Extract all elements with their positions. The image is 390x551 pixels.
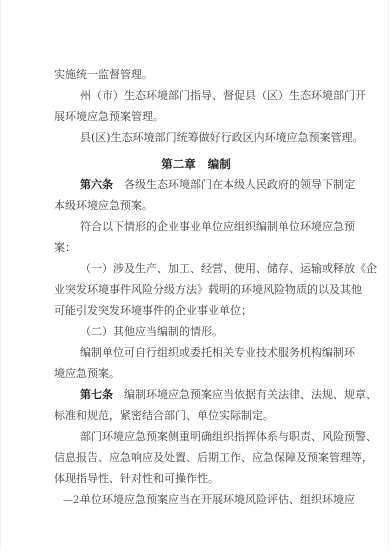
paragraph-line: 实施统一监督管理。 xyxy=(54,67,343,83)
paragraph-line: 展环境应急预案管理。 xyxy=(54,109,343,125)
paragraph-line: 单位环境应急预案应当在开展环境风险评估、组织环境应 xyxy=(80,492,343,508)
article-7-first-line: 第七条 编制环境应急预案应当依据有关法律、法规、规章、 xyxy=(80,387,343,403)
article-7-label: 第七条 xyxy=(80,388,113,401)
page-number: —2— xyxy=(63,494,89,508)
paragraph-line: 本级环境应急预案。 xyxy=(54,198,343,214)
chapter-number: 第二章 xyxy=(161,157,196,171)
article-6-first-line: 第六条 各级生态环境部门在本级人民政府的领导下制定 xyxy=(80,177,343,193)
paragraph-line: 体现指导性、针对性和可操作性。 xyxy=(54,471,343,487)
paragraph-line: 案： xyxy=(54,240,343,256)
document-page: 实施统一监督管理。 州（市）生态环境部门指导、督促县（区）生态环境部门开 展环境… xyxy=(0,0,389,550)
list-item-line: 可能引发突发环境事件的企业事业单位； xyxy=(54,303,343,319)
chapter-title: 编制 xyxy=(208,157,231,171)
paragraph-line: 标准和规范，紧密结合部门、单位实际制定。 xyxy=(54,408,343,424)
article-7-text: 编制环境应急预案应当依据有关法律、法规、规章、 xyxy=(124,388,377,401)
paragraph-line: 信息报告、应急响应及处置、后期工作、应急保障及预案管理等， xyxy=(54,450,343,466)
paragraph-line: 境应急预案。 xyxy=(54,366,343,382)
list-item-line: （二）其他应当编制的情形。 xyxy=(80,324,343,340)
list-item-line: 业突发环境事件风险分级方法》载明的环境风险物质的以及其他 xyxy=(54,282,343,298)
article-6-label: 第六条 xyxy=(80,178,113,191)
paragraph-line: 州（市）生态环境部门指导、督促县（区）生态环境部门开 xyxy=(80,88,343,104)
paragraph-line: 符合以下情形的企业事业单位应组织编制单位环境应急预 xyxy=(80,219,343,235)
article-6-text: 各级生态环境部门在本级人民政府的领导下制定 xyxy=(124,178,355,191)
chapter-heading: 第二章编制 xyxy=(1,156,390,172)
list-item-line: （一）涉及生产、加工、经营、使用、储存、运输或释放《企 xyxy=(80,261,343,277)
paragraph-line: 县(区)生态环境部门统筹做好行政区内环境应急预案管理。 xyxy=(80,130,343,146)
paragraph-line: 编制单位可自行组织或委托相关专业技术服务机构编制环 xyxy=(80,345,343,361)
paragraph-line: 部门环境应急预案侧重明确组织指挥体系与职责、风险预警、 xyxy=(80,429,343,445)
